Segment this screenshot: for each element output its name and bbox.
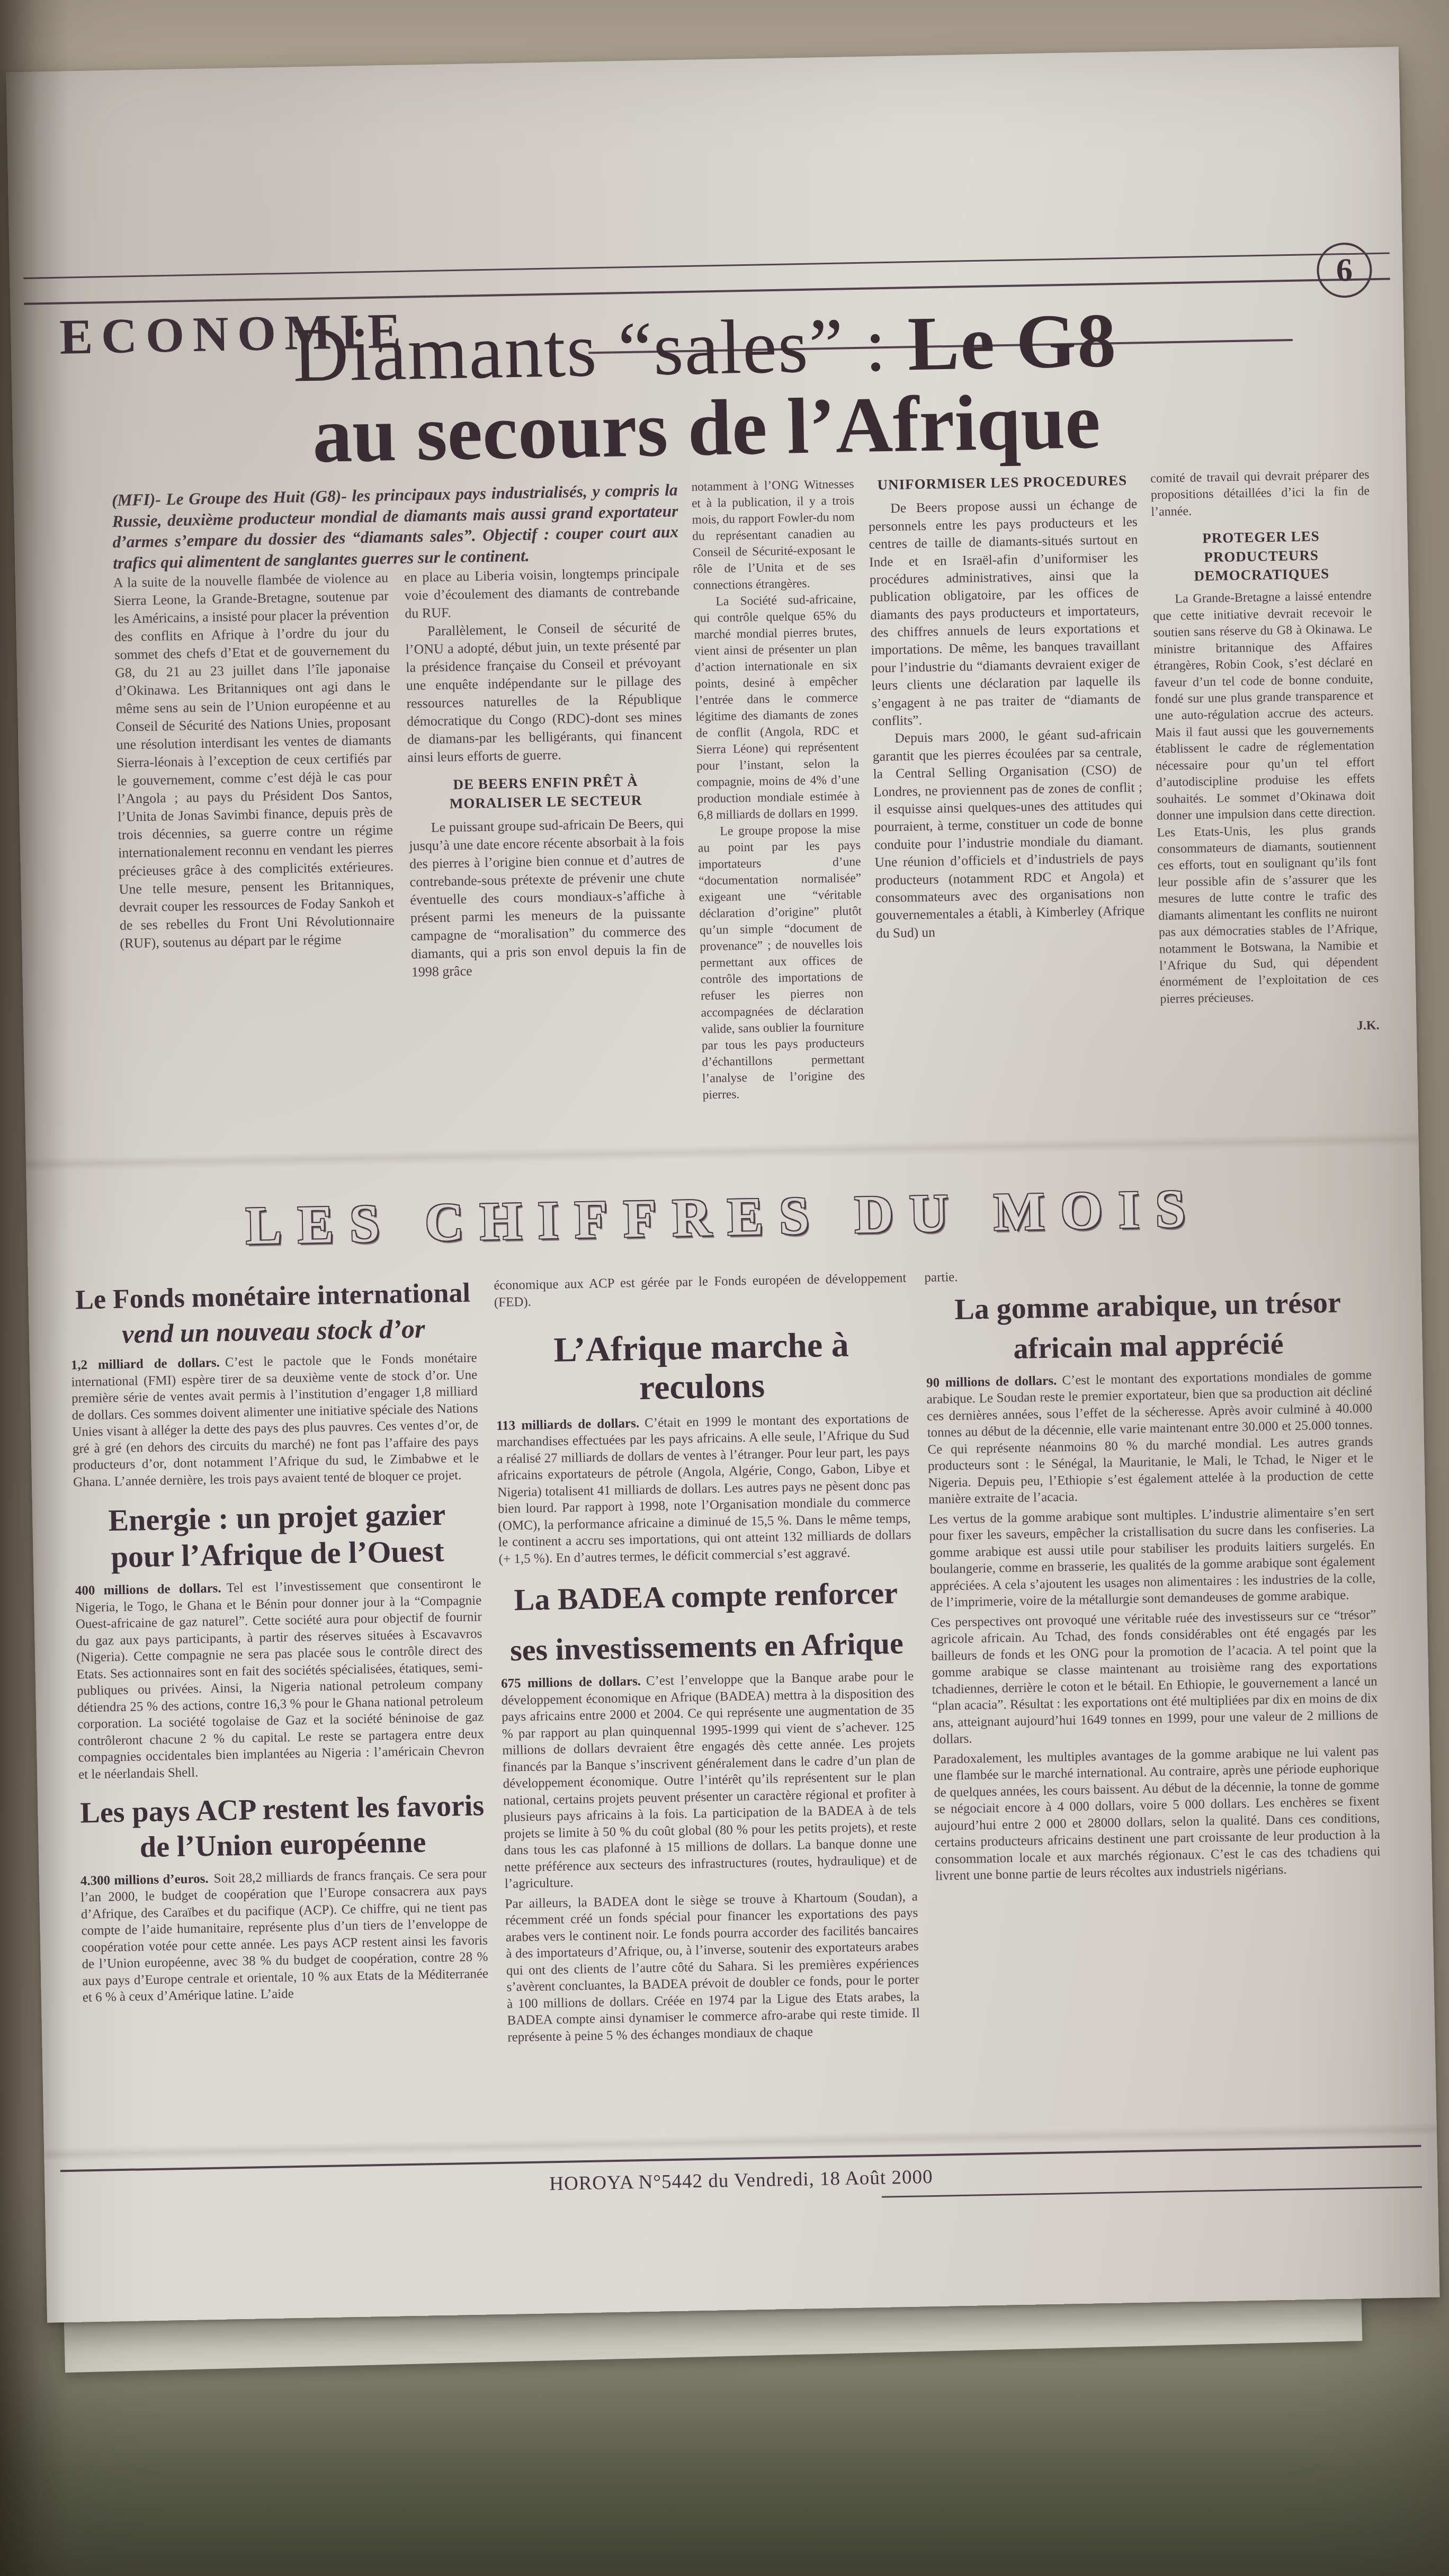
- paragraph: A la suite de la nouvelle flambée de vio…: [113, 569, 395, 952]
- energie-title-line1: Energie : un projet gazier: [74, 1497, 480, 1539]
- afrique-body: 113 milliards de dollars.C’était en 1999…: [496, 1410, 911, 1568]
- newspaper-photo: ECONOMIE 6 Diamants “sales” : Le G8 au s…: [0, 0, 1449, 2576]
- gomme-body-1: 90 millions de dollars.C’est le montant …: [926, 1367, 1374, 1508]
- gomme-title-line1: La gomme arabique, un trésor: [925, 1285, 1371, 1327]
- footer-imprint: HOROYA N°5442 du Vendredi, 18 Août 2000: [44, 2157, 1437, 2205]
- fmi-body: 1,2 milliard de dollars.C’est le pactole…: [71, 1350, 479, 1491]
- article-column-2: en place au Liberia voisin, longtemps pr…: [404, 563, 690, 1177]
- main-headline: Diamants “sales” : Le G8 au secours de l…: [42, 295, 1369, 480]
- article-column-5: comité de travail qui devrait préparer d…: [1150, 467, 1382, 1177]
- subhead-proteger: PROTEGER LES PRODUCTEURS DEMOCRATIQUES: [1151, 526, 1371, 587]
- gomme-body-2: Les vertus de la gomme arabique sont mul…: [928, 1503, 1375, 1611]
- gomme-lead: 90 millions de dollars.: [926, 1373, 1057, 1390]
- fmi-title-line2: vend un nouveau stock d’or: [70, 1313, 477, 1350]
- paragraph: La Grande-Bretagne a laissé entendre que…: [1152, 588, 1379, 1008]
- header-rule-top: [23, 253, 1390, 279]
- paragraph: en place au Liberia voisin, longtemps pr…: [404, 563, 680, 623]
- acp-body: 4.300 millions d’euros.Soit 28,2 milliar…: [80, 1865, 488, 2006]
- badea-body-1: 675 millions de dollars.C’est l’envelopp…: [501, 1668, 918, 1893]
- page-number-badge: 6: [1317, 242, 1373, 298]
- badea-body-2: Par ailleurs, la BADEA dont le siège se …: [505, 1888, 920, 2046]
- paragraph: notamment à l’ONG Witnesses et à la publ…: [691, 476, 856, 594]
- main-article-columns-1-2: A la suite de la nouvelle flambée de vio…: [113, 563, 691, 1183]
- paragraph: Le puissant groupe sud-africain De Beers…: [409, 814, 687, 981]
- energie-text: Tel est l’investissement que consentiron…: [75, 1577, 484, 1782]
- energie-body: 400 millions de dollars.Tel est l’invest…: [75, 1576, 485, 1783]
- chiffres-column-right: partie. La gomme arabique, un trésor afr…: [924, 1262, 1385, 2142]
- article-column-1: A la suite de la nouvelle flambée de vio…: [113, 569, 399, 1183]
- badea-title-line1: La BADEA compte renforcer: [499, 1576, 913, 1618]
- acp-title-line2: de l’Union européenne: [79, 1824, 486, 1865]
- paragraph: Le groupe propose la mise au point par l…: [697, 821, 865, 1103]
- afrique-text: C’était en 1999 le montant des exportati…: [496, 1411, 911, 1566]
- footer-rule-right: [882, 2186, 1422, 2198]
- headline-line1-bold: Le G8: [907, 297, 1117, 387]
- article-signature: J.K.: [1160, 1018, 1380, 1039]
- paragraph: La Société sud-africaine, qui contrôle q…: [693, 591, 860, 824]
- afrique-lead: 113 milliards de dollars.: [496, 1416, 639, 1433]
- gomme-title-line2: africain mal apprécié: [925, 1326, 1371, 1367]
- photo-edge-shadow: [0, 0, 69, 2576]
- acp-lead: 4.300 millions d’euros.: [80, 1872, 209, 1888]
- afrique-title: L’Afrique marche à reculons: [495, 1325, 909, 1410]
- chiffres-column-middle: économique aux ACP est gérée par le Fond…: [494, 1270, 922, 2150]
- badea-title-line2: ses investissements en Afrique: [500, 1626, 913, 1668]
- acp-continuation: économique aux ACP est gérée par le Fond…: [494, 1270, 907, 1311]
- energie-title-line2: pour l’Afrique de l’Ouest: [74, 1534, 481, 1576]
- newspaper-page: ECONOMIE 6 Diamants “sales” : Le G8 au s…: [6, 47, 1439, 2322]
- subhead-de-beers: DE BEERS ENFIN PRÊT À MORALISER LE SECTE…: [408, 771, 684, 813]
- gomme-body-3: Ces perspectives ont provoqué une vérita…: [931, 1606, 1379, 1748]
- main-article: (MFI)- Le Groupe des Huit (G8)- les prin…: [112, 467, 1382, 1196]
- paragraph: Depuis mars 2000, le géant sud-africain …: [872, 725, 1145, 942]
- fmi-title-line1: Le Fonds monétaire international: [69, 1278, 476, 1316]
- main-article-left-block: (MFI)- Le Groupe des Huit (G8)- les prin…: [112, 479, 691, 1196]
- badea-lead: 675 millions de dollars.: [501, 1674, 641, 1691]
- badea-continuation: partie.: [924, 1262, 1370, 1286]
- subhead-uniformiser: UNIFORMISER LES PROCEDURES: [867, 471, 1137, 495]
- chiffres-column-left: Le Fonds monétaire international vend un…: [69, 1278, 491, 2158]
- gomme-body-4: Paradoxalement, les multiples avantages …: [933, 1743, 1381, 1884]
- article-column-3: notamment à l’ONG Witnesses et à la publ…: [691, 476, 866, 1186]
- chiffres-section: Le Fonds monétaire international vend un…: [69, 1261, 1396, 2158]
- fmi-text: C’est le pactole que le Fonds monétaire …: [71, 1351, 479, 1490]
- paragraph: De Beers propose aussi un échange de per…: [868, 495, 1141, 730]
- energie-lead: 400 millions de dollars.: [75, 1581, 221, 1598]
- article-column-4: UNIFORMISER LES PROCEDURES De Beers prop…: [867, 471, 1149, 1183]
- paragraph: Parallèlement, le Conseil de sécurité de…: [405, 618, 683, 767]
- badea-text-1: C’est l’enveloppe que la Banque arabe po…: [501, 1669, 917, 1891]
- intro-paragraph: (MFI)- Le Groupe des Huit (G8)- les prin…: [112, 479, 679, 574]
- acp-title-line1: Les pays ACP restent les favoris: [79, 1790, 486, 1830]
- fmi-lead: 1,2 milliard de dollars.: [71, 1356, 220, 1373]
- paragraph: comité de travail qui devrait préparer d…: [1150, 467, 1370, 521]
